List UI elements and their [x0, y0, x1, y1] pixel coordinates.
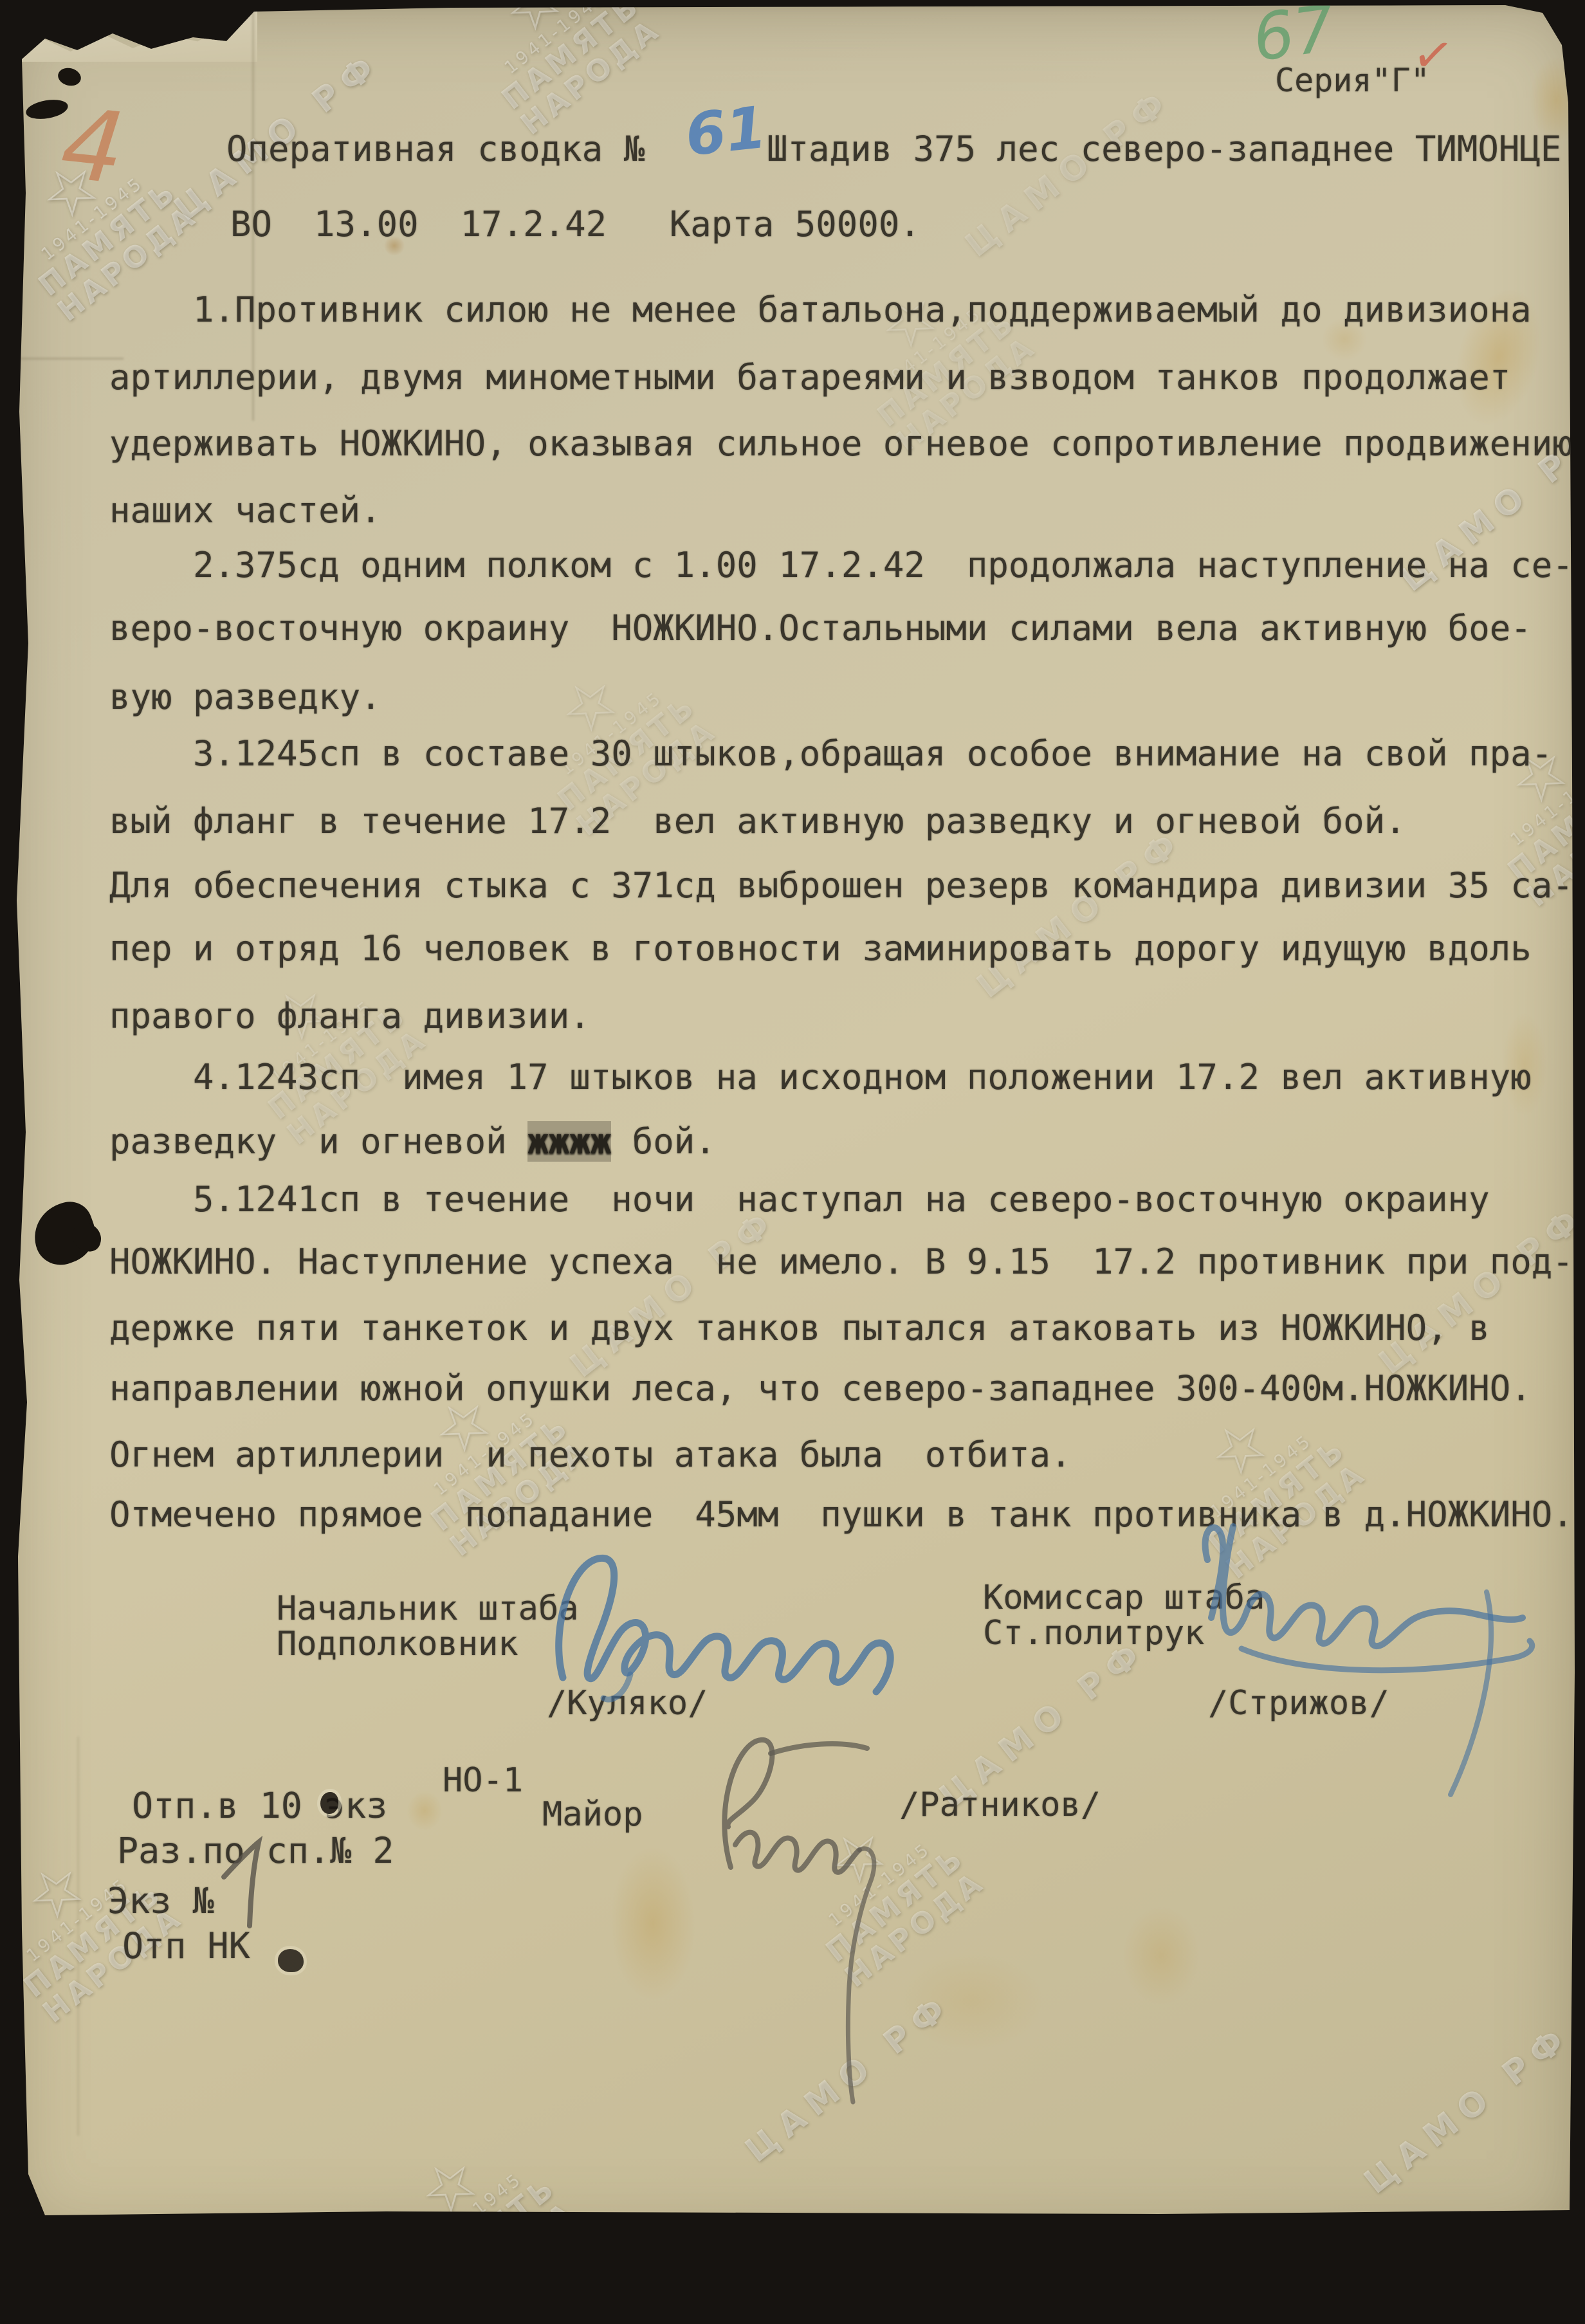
commissar-rank: Ст.политрук	[983, 1616, 1204, 1650]
watermark-camo: ЦАМО РФ	[1372, 1197, 1585, 1382]
watermark-years: 1941-1945	[484, 0, 627, 91]
watermark-camo: ЦАМО РФ	[970, 821, 1191, 1006]
line-segment: разведку и огневой	[109, 1121, 527, 1162]
report-title-prefix: Оперативная сводка №	[226, 132, 645, 167]
document-line: 2.375сд одним полком с 1.00 17.2.42 прод…	[193, 548, 1573, 583]
document-line: Для обеспечения стыка с 371сд выброшен р…	[109, 868, 1573, 903]
document-line: Огнем артиллерии и пехоты атака была отб…	[109, 1438, 1072, 1472]
paper-stain	[1106, 1885, 1216, 2026]
report-datetime-line: ВО 13.00 17.2.42 Карта 50000.	[230, 207, 921, 242]
scan-background: ☆1941-1945ПАМЯТЬНАРОДАЦАМО РФЦАМО РФ☆194…	[0, 0, 1585, 2249]
watermark-years: 1941-1945	[400, 2156, 543, 2249]
signature-ratnikov-autograph	[674, 1729, 951, 2109]
torn-corner	[18, 5, 257, 62]
document-line: пер и отряд 16 человек в готовности зами…	[109, 931, 1532, 966]
signature-strizhov-autograph	[1180, 1515, 1553, 1804]
document-line: 5.1241сп в течение ночи наступал на севе…	[193, 1182, 1490, 1217]
document-line: 1.Противник силою не менее батальона,под…	[193, 293, 1532, 327]
document-line: вый фланг в течение 17.2 вел активную ра…	[109, 804, 1406, 839]
document-line: веро-восточную окраину НОЖКИНО.Остальным…	[109, 611, 1532, 646]
document-line: НОЖКИНО. Наступление успеха не имело. В …	[109, 1245, 1573, 1279]
signature-kulyako-autograph	[534, 1549, 933, 1700]
tear-hole	[25, 1195, 104, 1272]
star-icon: ☆	[1457, 702, 1585, 848]
watermark-camo: ЦАМО РФ	[1357, 2017, 1579, 2202]
star-icon: ☆	[367, 2113, 532, 2249]
watermark-text: НАРОДА	[52, 199, 203, 327]
document-line: вую разведку.	[109, 680, 381, 715]
document-line: наших частей.	[109, 493, 381, 528]
document-line: 3.1245сп в составе 30 штыков,обращая осо…	[193, 737, 1552, 771]
tear-hole	[278, 1949, 304, 1972]
watermark-pn: ☆1941-1945ПАМЯТЬНАРОДА	[451, 0, 666, 140]
folio-number-green: 67	[1249, 0, 1339, 71]
document-line: держке пяти танкеток и двух танков пытал…	[109, 1311, 1490, 1346]
report-number-handwritten: 61	[683, 99, 769, 165]
tear-hole	[69, 1220, 105, 1254]
watermark-text: ПАМЯТЬ	[412, 2171, 562, 2249]
report-title-location: Штадив 375 лес северо-западнее ТИМОНЦЕ	[767, 132, 1561, 167]
watermark-pn: ☆1941-1945ПАМЯТЬНАРОДА	[217, 940, 432, 1149]
watermark-text: ПАМЯТЬ	[496, 0, 646, 116]
copy-number-label: Экз №	[107, 1883, 214, 1919]
crease	[21, 358, 124, 360]
document-line: разведку и огневой жжжж бой.	[109, 1124, 716, 1159]
document-page: ☆1941-1945ПАМЯТЬНАРОДАЦАМО РФЦАМО РФ☆194…	[0, 0, 1585, 2249]
duty-officer-role: НО-1	[443, 1764, 523, 1797]
crease	[77, 1737, 79, 2136]
chief-of-staff-rank: Подполковник	[277, 1627, 518, 1661]
document-line: удерживать НОЖКИНО, оказывая сильное огн…	[109, 426, 1573, 461]
copy-number-handwritten	[212, 1837, 273, 1927]
document-line: 4.1243сп имея 17 штыков на исходном поло…	[193, 1060, 1532, 1095]
star-icon: ☆	[451, 0, 616, 77]
tear-hole	[56, 66, 82, 88]
document-line: артиллерии, двумя минометными батареями …	[109, 360, 1510, 395]
watermark-pn: ☆1941-1945ПАМЯТЬНАРОДА	[367, 2113, 582, 2249]
watermark-text: НАРОДА	[431, 2195, 582, 2249]
document-line: правого фланга дивизии.	[109, 999, 591, 1034]
printed-by-note: Отп НК	[122, 1928, 250, 1964]
watermark-camo: ЦАМО РФ	[563, 1200, 785, 1386]
line-segment: бой.	[611, 1121, 716, 1162]
copies-note: Отп.в 10 экз	[132, 1788, 387, 1824]
watermark-text: НАРОДА	[515, 13, 666, 140]
document-line: направлении южной опушки леса, что север…	[109, 1371, 1532, 1406]
series-stamp: Серия"Г"	[1275, 64, 1430, 96]
struck-word: жжжж	[527, 1121, 611, 1162]
tear-hole	[24, 96, 69, 122]
margin-number-red: 4	[57, 95, 129, 198]
watermark-camo: ЦАМО РФ	[958, 80, 1180, 265]
duty-officer-rank: Майор	[542, 1798, 643, 1831]
